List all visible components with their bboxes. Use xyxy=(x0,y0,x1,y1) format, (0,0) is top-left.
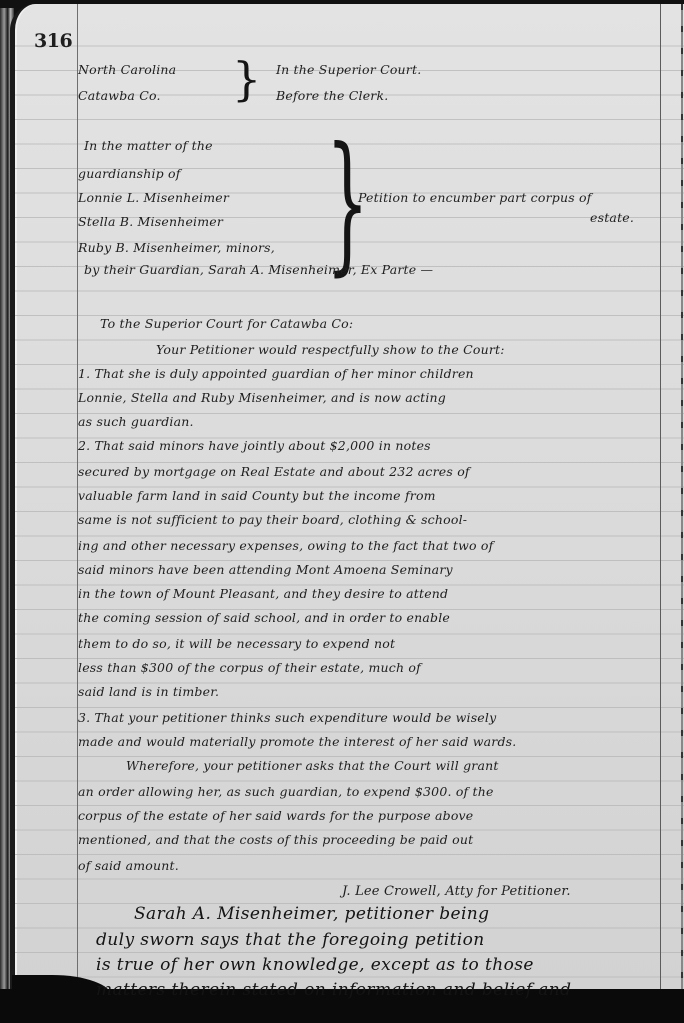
body-line-4: Lonnie, Stella and Ruby Misenheimer, and… xyxy=(78,390,446,405)
body-line-5: as such guardian. xyxy=(78,414,194,429)
body-line-18: made and would materially promote the in… xyxy=(78,734,516,749)
attorney-signature: J. Lee Crowell, Atty for Petitioner. xyxy=(342,884,571,899)
scanned-ledger-page: 316 North Carolina Catawba Co. } In the … xyxy=(0,0,684,1023)
petition-title: Petition to encumber part corpus of xyxy=(358,190,592,205)
left-margin-rule xyxy=(77,4,78,1004)
body-line-9: same is not sufficient to pay their boar… xyxy=(78,512,467,527)
body-line-15: less than $300 of the corpus of their es… xyxy=(78,660,421,675)
affidavit-line-1: Sarah A. Misenheimer, petitioner being xyxy=(134,904,489,924)
body-line-3: 1. That she is duly appointed guardian o… xyxy=(78,366,474,381)
body-line-2: Your Petitioner would respectfully show … xyxy=(156,342,505,357)
page-number: 316 xyxy=(34,30,72,52)
matter-line-3: Lonnie L. Misenheimer xyxy=(78,190,229,205)
body-line-10: ing and other necessary expenses, owing … xyxy=(78,538,493,553)
petition-title-cont: estate. xyxy=(590,210,634,225)
body-line-13: the coming session of said school, and i… xyxy=(78,610,450,625)
body-line-23: of said amount. xyxy=(78,858,179,873)
caption-state: North Carolina xyxy=(78,62,176,77)
affidavit-line-4: matters therein stated on information an… xyxy=(96,980,571,1000)
caption-court: In the Superior Court. xyxy=(276,62,421,77)
body-line-11: said minors have been attending Mont Amo… xyxy=(78,562,453,577)
caption-brace: } xyxy=(232,56,261,102)
matter-line-5: Ruby B. Misenheimer, minors, xyxy=(78,240,275,255)
body-line-17: 3. That your petitioner thinks such expe… xyxy=(78,710,496,725)
caption-county: Catawba Co. xyxy=(78,88,161,103)
body-line-19: Wherefore, your petitioner asks that the… xyxy=(126,758,499,773)
matter-by-line: by their Guardian, Sarah A. Misenheimer,… xyxy=(84,262,433,277)
matter-line-1: In the matter of the xyxy=(84,138,213,153)
body-line-14: them to do so, it will be necessary to e… xyxy=(78,636,395,651)
body-line-1: To the Superior Court for Catawba Co: xyxy=(100,316,353,331)
body-line-16: said land is in timber. xyxy=(78,684,219,699)
body-line-8: valuable farm land in said County but th… xyxy=(78,488,436,503)
right-margin-rule xyxy=(660,4,661,1004)
affidavit-line-3: is true of her own knowledge, except as … xyxy=(96,955,534,975)
body-line-12: in the town of Mount Pleasant, and they … xyxy=(78,586,448,601)
matter-line-2: guardianship of xyxy=(78,166,181,181)
body-line-22: mentioned, and that the costs of this pr… xyxy=(78,832,473,847)
caption-clerk: Before the Clerk. xyxy=(276,88,388,103)
page-edge xyxy=(681,4,683,1004)
body-line-20: an order allowing her, as such guardian,… xyxy=(78,784,494,799)
affidavit-line-2: duly sworn says that the foregoing petit… xyxy=(96,930,485,950)
body-line-6: 2. That said minors have jointly about $… xyxy=(78,438,431,453)
body-line-21: corpus of the estate of her said wards f… xyxy=(78,808,473,823)
matter-line-4: Stella B. Misenheimer xyxy=(78,214,223,229)
body-line-7: secured by mortgage on Real Estate and a… xyxy=(78,464,470,479)
